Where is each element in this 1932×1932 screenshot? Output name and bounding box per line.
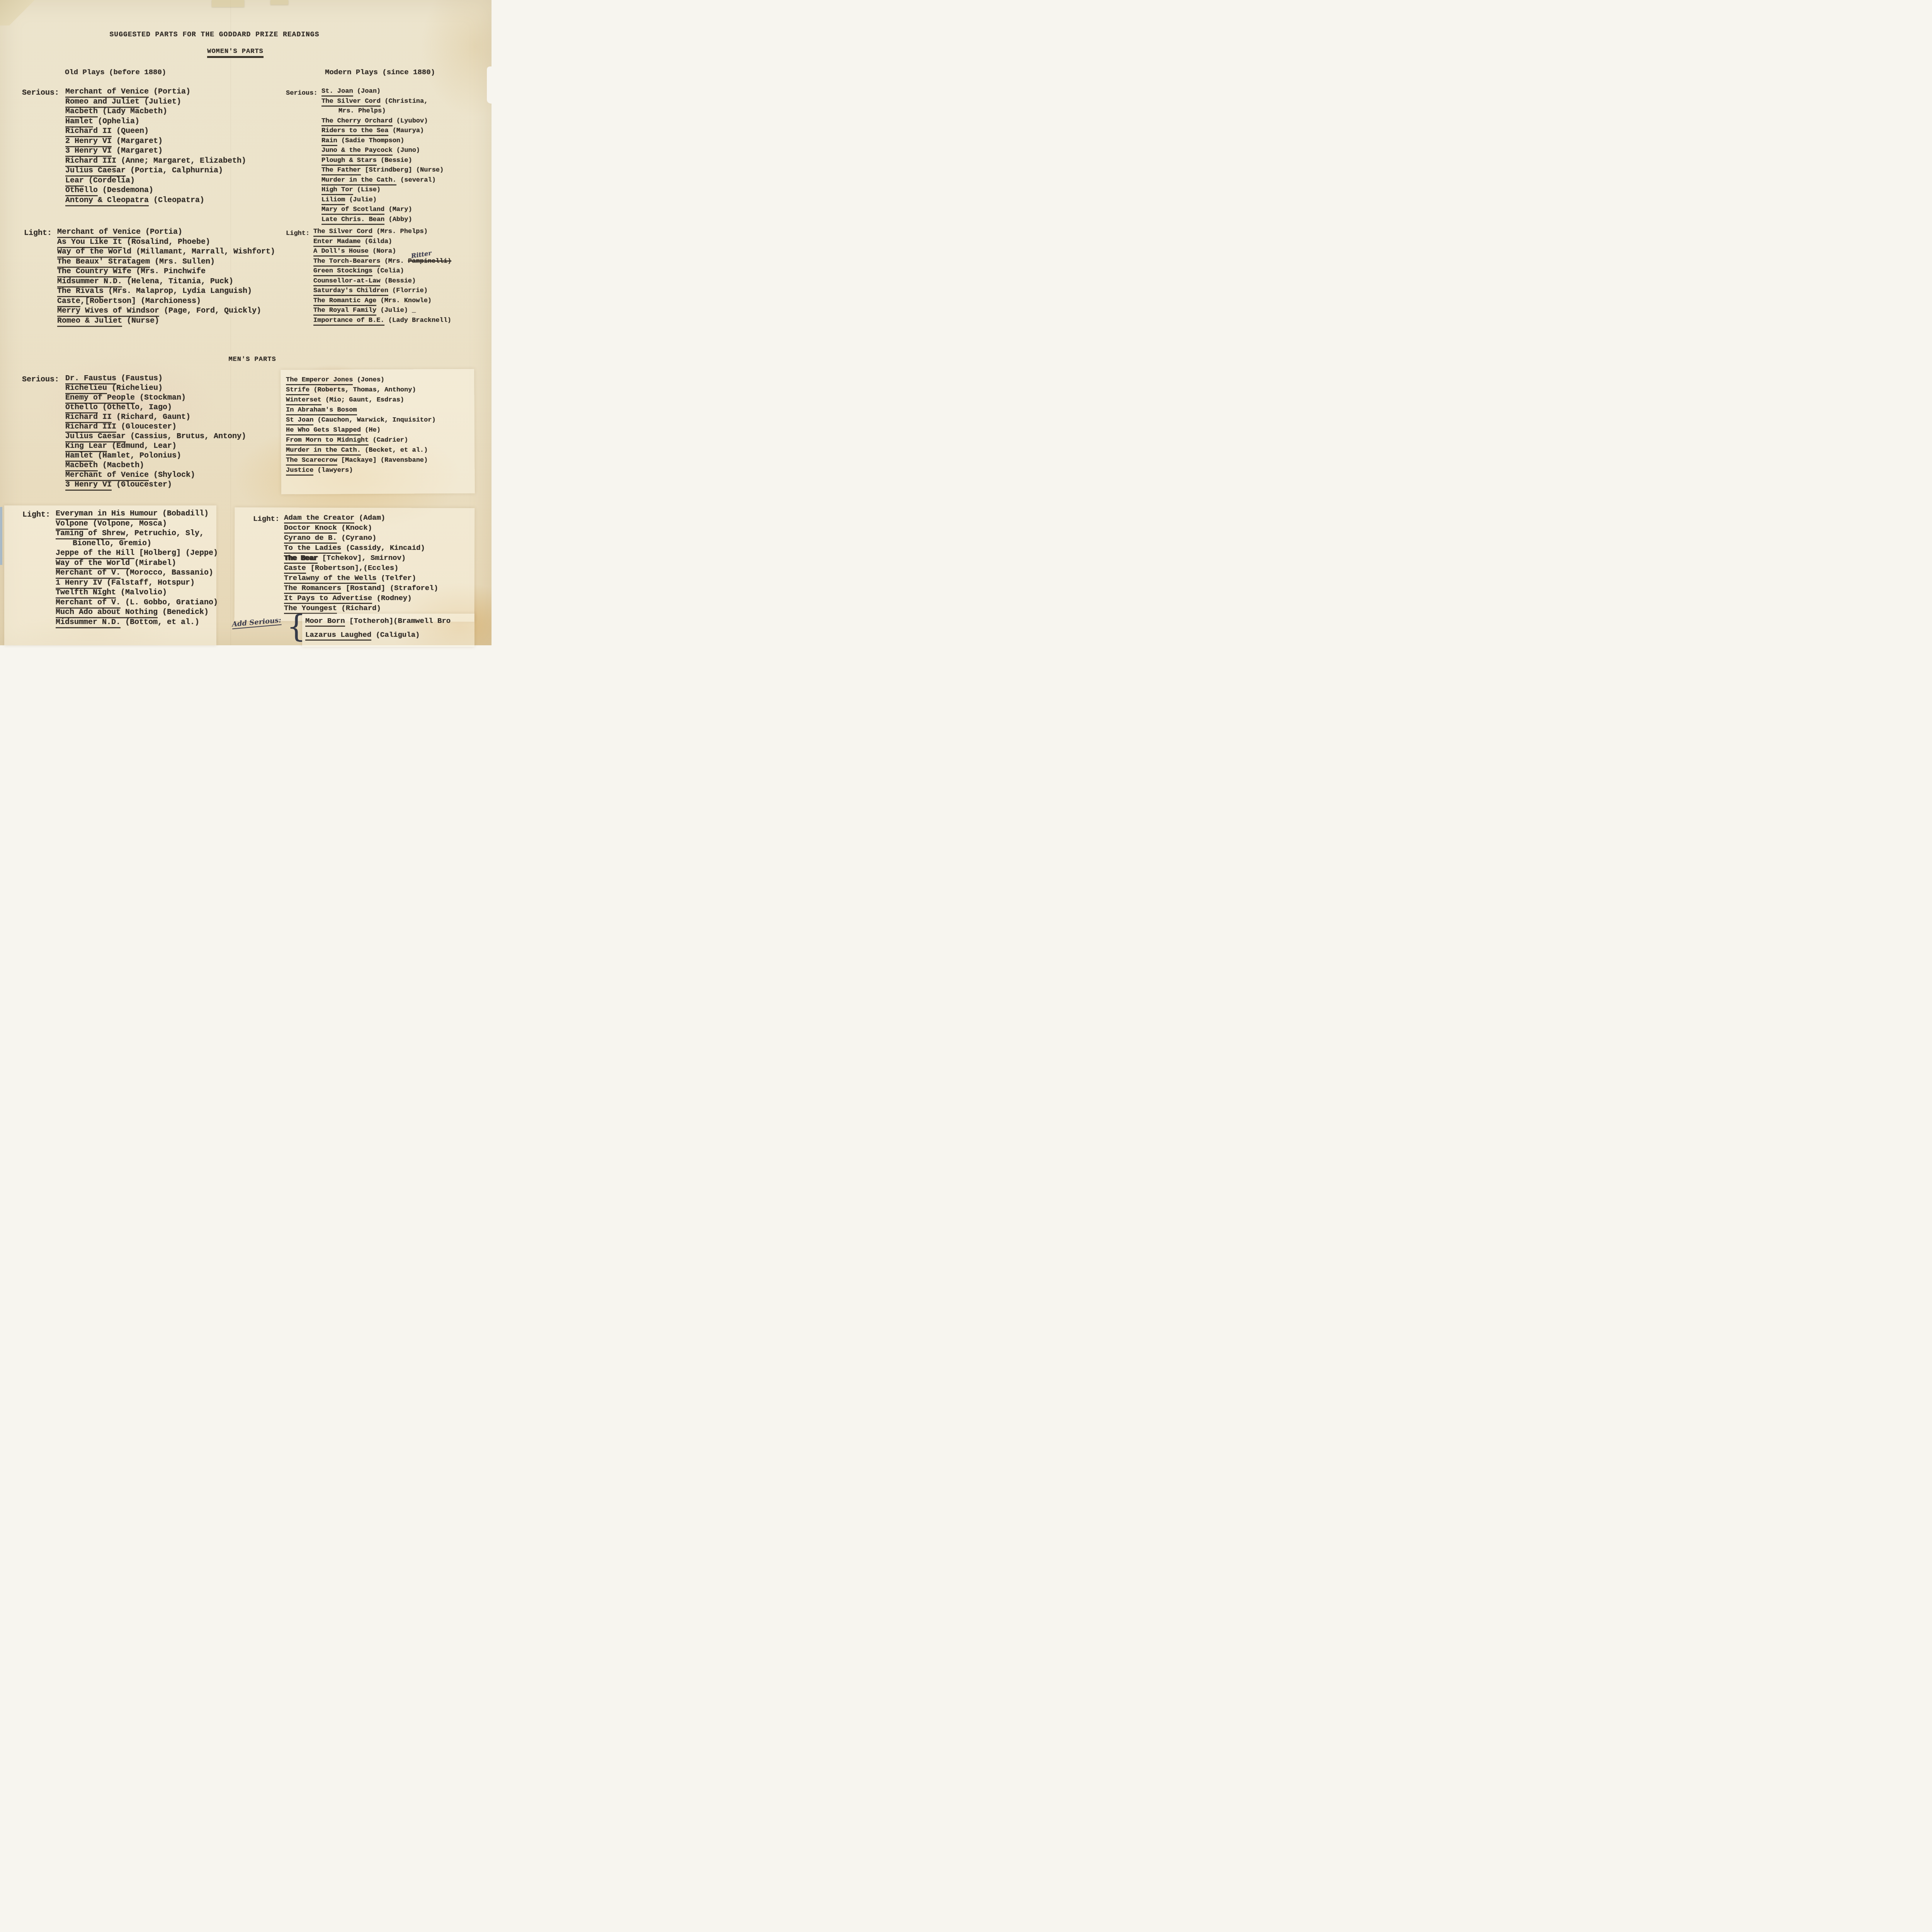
play-title: Rain bbox=[321, 137, 337, 146]
play-roles: (Bottom, et al.) bbox=[121, 618, 199, 627]
play-title: Doctor Knock bbox=[284, 524, 337, 534]
play-roles: (Gloucester) bbox=[112, 480, 172, 489]
play-entry: Plough & Stars (Bessie) bbox=[321, 157, 444, 167]
play-title: Saturday's Children bbox=[313, 287, 388, 296]
play-entry: Julius Caesar (Cassius, Brutus, Antony) bbox=[65, 433, 246, 442]
play-title: The Romantic Age bbox=[313, 297, 376, 306]
play-roles: (Helena, Titania, Puck) bbox=[122, 277, 233, 286]
play-entry: Hamlet (Hamlet, Polonius) bbox=[65, 452, 246, 462]
tape-strip bbox=[212, 0, 244, 7]
play-entry: 3 Henry VI (Margaret) bbox=[65, 147, 246, 157]
play-entry: Moor Born [Totheroh](Bramwell Bro bbox=[305, 617, 451, 631]
play-roles: (Bessie) bbox=[377, 157, 412, 164]
play-title: Richard II bbox=[65, 127, 112, 137]
play-title: Everyman in His Humour bbox=[56, 509, 158, 520]
play-entry: Julius Caesar (Portia, Calphurnia) bbox=[65, 167, 246, 177]
play-entry: Dr. Faustus (Faustus) bbox=[65, 375, 246, 384]
play-entry: He Who Gets Slapped (He) bbox=[286, 427, 436, 437]
play-title: Importance of B.E. bbox=[313, 317, 384, 326]
play-roles: (Portia, Calphurnia) bbox=[126, 166, 223, 175]
men-modern-serious-list: The Emperor Jones (Jones)Strife (Roberts… bbox=[286, 377, 436, 477]
play-entry: The Bear [Tchekov], Smirnov) bbox=[284, 554, 438, 565]
play-entry: Doctor Knock (Knock) bbox=[284, 524, 438, 534]
play-roles: ,[Robertson] (Marchioness) bbox=[80, 297, 201, 306]
play-entry: Adam the Creator (Adam) bbox=[284, 514, 438, 524]
play-roles: (Maurya) bbox=[388, 127, 424, 134]
play-roles: (Cordelia) bbox=[84, 176, 135, 185]
play-entry: Midsummer N.D. (Bottom, et al.) bbox=[56, 619, 218, 629]
play-entry: Counsellor-at-Law (Bessie) bbox=[313, 278, 451, 288]
play-roles: (L. Gobbo, Gratiano) bbox=[121, 598, 218, 607]
play-roles: (Othello, Iago) bbox=[98, 403, 172, 412]
play-entry: Lazarus Laughed (Caligula) bbox=[305, 631, 451, 645]
play-entry: Merchant of Venice (Shylock) bbox=[65, 471, 246, 481]
play-roles: (Sadie Thompson) bbox=[337, 137, 404, 145]
play-entry: The Silver Cord (Mrs. Phelps) bbox=[313, 228, 451, 238]
play-entry: Romeo and Juliet (Juliet) bbox=[65, 98, 246, 108]
scan-edge-artifact bbox=[0, 507, 2, 565]
play-roles: (Celia) bbox=[372, 267, 404, 275]
play-title: Merchant of V. bbox=[56, 568, 121, 579]
scanned-document: SUGGESTED PARTS FOR THE GODDARD PRIZE RE… bbox=[0, 0, 492, 650]
play-entry: Way of the World (Mirabel) bbox=[56, 560, 218, 570]
play-entry: Enter Madame (Gilda) bbox=[313, 238, 451, 248]
play-title: Macbeth bbox=[65, 107, 98, 117]
play-entry: Othello (Othello, Iago) bbox=[65, 404, 246, 413]
play-title: Moor Born bbox=[305, 617, 345, 627]
play-entry: Murder in the Cath. (several) bbox=[321, 177, 444, 187]
play-entry: Murder in the Cath. (Becket, et al.) bbox=[286, 447, 436, 457]
play-roles: [Mackaye] (Ravensbane) bbox=[337, 457, 428, 464]
play-roles: (Richard, Gaunt) bbox=[112, 413, 190, 422]
play-title: Othello bbox=[65, 403, 98, 413]
play-entry: The Torch-Bearers (Mrs. Pampinelli)Ritte… bbox=[313, 258, 451, 268]
play-roles: (Falstaff, Hotspur) bbox=[102, 578, 195, 587]
play-title: Winterset bbox=[286, 396, 321, 405]
play-title: Green Stockings bbox=[313, 267, 372, 276]
play-entry: Strife (Roberts, Thomas, Anthony) bbox=[286, 387, 436, 397]
play-roles: (Adam) bbox=[354, 514, 385, 522]
play-entry: Lear (Cordelia) bbox=[65, 177, 246, 187]
tape-strip bbox=[270, 0, 288, 5]
play-title: Trelawny of the Wells bbox=[284, 574, 376, 584]
play-entry: Enemy of People (Stockman) bbox=[65, 394, 246, 404]
play-entry: Green Stockings (Celia) bbox=[313, 268, 451, 278]
play-entry: Way of the World (Millamant, Marrall, Wi… bbox=[57, 248, 275, 258]
play-entry: Twelfth Night (Malvolio) bbox=[56, 589, 218, 599]
play-roles: (He) bbox=[361, 427, 381, 434]
play-title: Midsummer N.D. bbox=[56, 618, 121, 628]
play-title: 2 Henry VI bbox=[65, 137, 112, 147]
men-modern-light-list: Adam the Creator (Adam)Doctor Knock (Kno… bbox=[284, 514, 438, 615]
play-roles: (Mrs. Phelps) bbox=[372, 228, 428, 235]
play-roles: (several) bbox=[396, 177, 436, 184]
play-entry: Richard II (Queen) bbox=[65, 128, 246, 138]
play-entry: Juno & the Paycock (Juno) bbox=[321, 147, 444, 157]
play-roles: (Florrie) bbox=[388, 287, 428, 294]
play-entry: The Beaux' Stratagem (Mrs. Sullen) bbox=[57, 258, 275, 268]
play-title: The Silver Cord bbox=[313, 228, 372, 237]
play-roles: (Shylock) bbox=[149, 471, 195, 480]
play-title: Richard II bbox=[65, 413, 112, 423]
play-entry: Midsummer N.D. (Helena, Titania, Puck) bbox=[57, 278, 275, 288]
play-entry: King Lear (Edmund, Lear) bbox=[65, 442, 246, 452]
women-old-light-list: Merchant of Venice (Portia)As You Like I… bbox=[57, 228, 275, 327]
play-roles: (Nurse) bbox=[122, 316, 159, 325]
play-entry: Bionello, Gremio) bbox=[56, 540, 218, 550]
play-title: The Romancers bbox=[284, 584, 341, 594]
play-entry: Everyman in His Humour (Bobadill) bbox=[56, 510, 218, 520]
play-entry: Caste,[Robertson] (Marchioness) bbox=[57, 298, 275, 308]
play-entry: St. Joan (Joan) bbox=[321, 88, 444, 98]
serious-label-women-modern: Serious: bbox=[286, 90, 318, 97]
play-title: Merchant of Venice bbox=[65, 471, 149, 481]
play-roles: (Volpone, Mosca) bbox=[88, 519, 167, 528]
play-entry: Merry Wives of Windsor (Page, Ford, Quic… bbox=[57, 307, 275, 317]
play-roles: , Petruchio, Sly, bbox=[125, 529, 204, 538]
play-roles: Bionello, Gremio) bbox=[73, 539, 151, 548]
play-entry: Cyrano de B. (Cyrano) bbox=[284, 534, 438, 544]
play-title: From Morn to Midnight bbox=[286, 437, 369, 446]
play-roles: [Strindberg] (Nurse) bbox=[361, 167, 444, 174]
play-title: Cyrano de B. bbox=[284, 534, 337, 544]
play-entry: Richelieu (Richelieu) bbox=[65, 384, 246, 394]
play-entry: In Abraham's Bosom bbox=[286, 407, 436, 417]
play-entry: Justice (lawyers) bbox=[286, 467, 436, 477]
play-roles: (Faustus) bbox=[116, 374, 163, 383]
play-roles: (Queen) bbox=[112, 127, 149, 136]
play-roles: (Hamlet, Polonius) bbox=[93, 451, 181, 460]
play-roles: [Rostand] (Straforel) bbox=[341, 584, 438, 592]
play-roles: (Desdemona) bbox=[98, 186, 153, 195]
play-entry: Importance of B.E. (Lady Bracknell) bbox=[313, 317, 451, 327]
play-title: Enter Madame bbox=[313, 238, 361, 247]
play-roles: (Edmund, Lear) bbox=[107, 442, 177, 451]
pasted-slip-added-serious: Moor Born [Totheroh](Bramwell BroLazarus… bbox=[302, 614, 474, 647]
play-roles: (lawyers) bbox=[313, 467, 353, 474]
play-title: Murder in the Cath. bbox=[286, 447, 361, 456]
play-entry: It Pays to Advertise (Rodney) bbox=[284, 595, 438, 605]
play-roles: (Jones) bbox=[353, 376, 384, 384]
play-title: Macbeth bbox=[65, 461, 98, 471]
play-title: Richard III bbox=[65, 156, 116, 167]
play-roles: (Richard) bbox=[337, 604, 381, 612]
play-roles: (Bobadill) bbox=[158, 509, 209, 518]
play-title: In Abraham's Bosom bbox=[286, 406, 357, 415]
play-title: Plough & Stars bbox=[321, 157, 377, 166]
play-title: The Silver Cord bbox=[321, 98, 381, 107]
play-title: Twelfth Night bbox=[56, 588, 116, 599]
play-entry: Hamlet (Ophelia) bbox=[65, 118, 246, 128]
play-title: St. Joan bbox=[321, 88, 353, 97]
play-title: It Pays to Advertise bbox=[284, 594, 372, 604]
play-entry: The Rivals (Mrs. Malaprop, Lydia Languis… bbox=[57, 287, 275, 298]
play-roles: (Page, Ford, Quickly) bbox=[159, 306, 261, 315]
women-modern-serious-list: St. Joan (Joan)The Silver Cord (Christin… bbox=[321, 88, 444, 226]
play-roles: (Cyrano) bbox=[337, 534, 377, 542]
play-entry: The Country Wife (Mrs. Pinchwife bbox=[57, 268, 275, 278]
play-roles: [Totheroh](Bramwell Bro bbox=[345, 617, 451, 625]
play-title: Volpone bbox=[56, 519, 88, 530]
play-entry: The Romantic Age (Mrs. Knowle) bbox=[313, 298, 451, 308]
play-title: The Royal Family bbox=[313, 307, 376, 316]
play-title: Merry Wives of Windsor bbox=[57, 306, 159, 317]
play-title: A Doll's House bbox=[313, 248, 369, 257]
play-roles: (Abby) bbox=[384, 216, 412, 223]
play-entry: 3 Henry VI (Gloucester) bbox=[65, 481, 246, 491]
play-title: He Who Gets Slapped bbox=[286, 427, 361, 435]
play-entry: High Tor (Lise) bbox=[321, 187, 444, 197]
play-roles: (Morocco, Bassanio) bbox=[121, 568, 213, 577]
play-entry: Rain (Sadie Thompson) bbox=[321, 138, 444, 148]
play-roles: (Roberts, Thomas, Anthony) bbox=[310, 386, 416, 394]
play-title: Counsellor-at-Law bbox=[313, 277, 380, 286]
play-roles: (Margaret) bbox=[112, 137, 163, 146]
play-title: Merchant of Venice bbox=[65, 87, 149, 98]
play-roles: (Margaret) bbox=[112, 146, 163, 155]
play-entry: From Morn to Midnight (Cadrier) bbox=[286, 437, 436, 447]
play-roles: (Lise) bbox=[353, 186, 381, 194]
play-title: Caste bbox=[284, 564, 306, 574]
play-roles: (Mrs. Sullen) bbox=[150, 257, 215, 266]
play-entry: Jeppe of the Hill [Holberg] (Jeppe) bbox=[56, 549, 218, 560]
play-roles: (Stockman) bbox=[135, 393, 186, 402]
play-title: 1 Henry IV bbox=[56, 578, 102, 589]
play-roles: (Bessie) bbox=[380, 277, 416, 285]
play-title: Julius Caesar bbox=[65, 432, 126, 442]
light-label-men-old: Light: bbox=[22, 511, 50, 519]
play-title: 3 Henry VI bbox=[65, 480, 112, 491]
play-title: Richard III bbox=[65, 422, 116, 433]
play-title: Dr. Faustus bbox=[65, 374, 116, 384]
play-title: Justice bbox=[286, 467, 313, 476]
play-title: Merchant of Venice bbox=[57, 228, 141, 238]
play-title: Adam the Creator bbox=[284, 514, 354, 524]
play-title: Taming of Shrew bbox=[56, 529, 125, 539]
play-roles: (Portia) bbox=[141, 228, 182, 236]
play-title: 3 Henry VI bbox=[65, 146, 112, 157]
play-entry: Richard II (Richard, Gaunt) bbox=[65, 413, 246, 423]
play-roles: (Knock) bbox=[337, 524, 372, 532]
play-title: King Lear bbox=[65, 442, 107, 452]
play-entry: Mrs. Phelps) bbox=[321, 108, 444, 118]
play-roles: (Mrs. Malaprop, Lydia Languish) bbox=[104, 287, 252, 296]
added-serious-list: Moor Born [Totheroh](Bramwell BroLazarus… bbox=[305, 617, 451, 645]
play-roles: Mrs. Phelps) bbox=[338, 107, 386, 115]
play-roles: (Caligula) bbox=[371, 631, 420, 639]
play-entry: Merchant of V. (L. Gobbo, Gratiano) bbox=[56, 599, 218, 609]
women-modern-light-list: The Silver Cord (Mrs. Phelps)Enter Madam… bbox=[313, 228, 451, 327]
play-entry: Merchant of V. (Morocco, Bassanio) bbox=[56, 569, 218, 579]
paper-sheet: SUGGESTED PARTS FOR THE GODDARD PRIZE RE… bbox=[0, 0, 492, 645]
play-title: The Beaux' Stratagem bbox=[57, 257, 150, 268]
play-title: The Father bbox=[321, 167, 361, 175]
play-entry: Liliom (Julie) bbox=[321, 197, 444, 207]
play-title: Liliom bbox=[321, 196, 345, 205]
play-entry: Macbeth (Macbeth) bbox=[65, 462, 246, 471]
play-roles: (Julie) _ bbox=[376, 307, 416, 314]
play-title: Murder in the Cath. bbox=[321, 177, 396, 185]
play-entry: Mary of Scotland (Mary) bbox=[321, 206, 444, 216]
play-title: The Bear bbox=[284, 554, 318, 564]
play-roles: (Cauchon, Warwick, Inquisitor) bbox=[313, 417, 435, 424]
play-title: The Torch-Bearers bbox=[313, 258, 380, 267]
old-plays-header: Old Plays (before 1880) bbox=[65, 69, 166, 76]
play-entry: Richard III (Anne; Margaret, Elizabeth) bbox=[65, 157, 246, 167]
play-entry: The Romancers [Rostand] (Straforel) bbox=[284, 585, 438, 595]
play-entry: Antony & Cleopatra (Cleopatra) bbox=[65, 197, 246, 207]
play-title: Way of the World bbox=[56, 559, 130, 569]
play-roles: (Telfer) bbox=[376, 574, 416, 582]
play-roles: (Gloucester) bbox=[116, 422, 177, 431]
play-title: The Country Wife bbox=[57, 267, 131, 277]
play-roles: [Robertson],(Eccles) bbox=[306, 564, 398, 572]
play-roles: (Juno) bbox=[393, 147, 420, 154]
play-title: Midsummer N.D. bbox=[57, 277, 122, 287]
womens-parts-heading: WOMEN'S PARTS bbox=[0, 48, 471, 55]
play-roles: (Cassidy, Kincaid) bbox=[341, 544, 425, 552]
play-title: Romeo and Juliet bbox=[65, 97, 139, 108]
play-roles: (Portia) bbox=[149, 87, 190, 96]
play-roles: (Benedick) bbox=[158, 608, 209, 617]
men-old-light-list: Everyman in His Humour (Bobadill)Volpone… bbox=[56, 510, 218, 628]
light-label-women-old: Light: bbox=[24, 230, 52, 237]
play-title: Late Chris. Bean bbox=[321, 216, 384, 225]
play-entry: Merchant of Venice (Portia) bbox=[57, 228, 275, 238]
play-title: The Cherry Orchard bbox=[321, 117, 393, 126]
play-roles: (Malvolio) bbox=[116, 588, 167, 597]
play-roles: (Richelieu) bbox=[107, 384, 163, 393]
play-title: Riders to the Sea bbox=[321, 127, 388, 136]
play-entry: Saturday's Children (Florrie) bbox=[313, 287, 451, 298]
light-label-women-modern: Light: bbox=[286, 230, 310, 237]
play-entry: The Father [Strindberg] (Nurse) bbox=[321, 167, 444, 177]
modern-plays-header: Modern Plays (since 1880) bbox=[325, 69, 435, 76]
play-title: Othello bbox=[65, 186, 98, 196]
play-title: Caste bbox=[57, 297, 80, 307]
women-old-serious-list: Merchant of Venice (Portia)Romeo and Jul… bbox=[65, 88, 246, 206]
men-old-serious-list: Dr. Faustus (Faustus)Richelieu (Richelie… bbox=[65, 375, 246, 491]
play-entry: Much Ado about Nothing (Benedick) bbox=[56, 609, 218, 619]
play-entry: Romeo & Juliet (Nurse) bbox=[57, 317, 275, 327]
play-roles: [Tchekov], Smirnov) bbox=[318, 554, 406, 562]
play-roles: [Holberg] (Jeppe) bbox=[134, 549, 218, 558]
play-roles: (Mary) bbox=[384, 206, 412, 213]
play-entry: Late Chris. Bean (Abby) bbox=[321, 216, 444, 226]
play-title: Julius Caesar bbox=[65, 166, 126, 177]
play-entry: 1 Henry IV (Falstaff, Hotspur) bbox=[56, 579, 218, 589]
play-roles: (Mrs. bbox=[380, 258, 408, 265]
play-title: The Scarecrow bbox=[286, 457, 337, 466]
play-roles: (Juliet) bbox=[139, 97, 181, 106]
play-entry: Othello (Desdemona) bbox=[65, 187, 246, 197]
edge-tear bbox=[487, 66, 492, 104]
play-roles: (Joan) bbox=[353, 88, 381, 95]
play-title: As You Like It bbox=[57, 238, 122, 248]
play-title: Way of the World bbox=[57, 247, 131, 258]
play-entry: Volpone (Volpone, Mosca) bbox=[56, 520, 218, 530]
play-roles: (Rosalind, Phoebe) bbox=[122, 238, 210, 247]
play-title: Strife bbox=[286, 386, 310, 395]
play-roles: (Mrs. Knowle) bbox=[376, 297, 432, 304]
play-roles: (Anne; Margaret, Elizabeth) bbox=[116, 156, 246, 165]
womens-parts-text: WOMEN'S PARTS bbox=[207, 48, 264, 58]
play-entry: Trelawny of the Wells (Telfer) bbox=[284, 575, 438, 585]
play-entry: The Emperor Jones (Jones) bbox=[286, 377, 436, 387]
page-title: SUGGESTED PARTS FOR THE GODDARD PRIZE RE… bbox=[0, 31, 429, 39]
play-roles: (Becket, et al.) bbox=[361, 447, 428, 454]
play-title: St Joan bbox=[286, 417, 313, 425]
play-roles: (Cadrier) bbox=[369, 437, 408, 444]
play-roles: (Mio; Gaunt, Esdras) bbox=[321, 396, 404, 404]
play-entry: As You Like It (Rosalind, Phoebe) bbox=[57, 238, 275, 248]
play-roles: (Ophelia) bbox=[93, 117, 139, 126]
play-entry: Macbeth (Lady Macbeth) bbox=[65, 108, 246, 118]
torn-corner bbox=[0, 0, 37, 26]
play-entry: Taming of Shrew, Petruchio, Sly, bbox=[56, 530, 218, 540]
play-roles: (Nora) bbox=[369, 248, 396, 255]
serious-label-men-old: Serious: bbox=[22, 376, 59, 384]
play-roles: (Julie) bbox=[345, 196, 377, 204]
play-roles: (Mirabel) bbox=[130, 559, 176, 568]
mens-parts-heading: MEN'S PARTS bbox=[0, 356, 492, 363]
play-entry: Riders to the Sea (Maurya) bbox=[321, 128, 444, 138]
play-title: Hamlet bbox=[65, 117, 93, 128]
serious-label-women-old: Serious: bbox=[22, 89, 59, 97]
play-title: Hamlet bbox=[65, 451, 93, 462]
play-roles: (Cassius, Brutus, Antony) bbox=[126, 432, 246, 441]
play-title: Much Ado about Nothing bbox=[56, 608, 158, 618]
play-title: The Emperor Jones bbox=[286, 376, 353, 385]
play-title: Richelieu bbox=[65, 384, 107, 394]
play-title: High Tor bbox=[321, 186, 353, 195]
play-title: Juno & the Paycock bbox=[321, 147, 393, 156]
play-roles: (Cleopatra) bbox=[149, 196, 204, 205]
play-entry: To the Ladies (Cassidy, Kincaid) bbox=[284, 544, 438, 554]
play-entry: St Joan (Cauchon, Warwick, Inquisitor) bbox=[286, 417, 436, 427]
play-title: Merchant of V. bbox=[56, 598, 121, 609]
play-title: To the Ladies bbox=[284, 544, 341, 554]
play-title: Lazarus Laughed bbox=[305, 631, 371, 641]
play-roles: (Lady Bracknell) bbox=[384, 317, 451, 324]
play-title: Romeo & Juliet bbox=[57, 316, 122, 327]
play-entry: Winterset (Mio; Gaunt, Esdras) bbox=[286, 397, 436, 407]
play-title: Mary of Scotland bbox=[321, 206, 384, 215]
play-roles: (Rodney) bbox=[372, 594, 412, 602]
play-roles: (Gilda) bbox=[361, 238, 392, 245]
play-entry: Merchant of Venice (Portia) bbox=[65, 88, 246, 98]
play-roles: (Christina, bbox=[381, 98, 428, 105]
play-roles: (Macbeth) bbox=[98, 461, 144, 470]
play-roles: (Mrs. Pinchwife bbox=[131, 267, 206, 276]
play-entry: The Royal Family (Julie) _ bbox=[313, 307, 451, 317]
play-entry: The Silver Cord (Christina, bbox=[321, 98, 444, 108]
play-entry: 2 Henry VI (Margaret) bbox=[65, 138, 246, 148]
play-entry: The Scarecrow [Mackaye] (Ravensbane) bbox=[286, 457, 436, 467]
play-roles: (Millamant, Marrall, Wishfort) bbox=[131, 247, 275, 256]
play-entry: Richard III (Gloucester) bbox=[65, 423, 246, 433]
play-title: Enemy of People bbox=[65, 393, 135, 404]
play-entry: The Cherry Orchard (Lyubov) bbox=[321, 118, 444, 128]
play-roles: (Lyubov) bbox=[393, 117, 428, 125]
play-entry: Caste [Robertson],(Eccles) bbox=[284, 565, 438, 575]
play-title: Lear bbox=[65, 176, 84, 187]
play-roles: (Lady Macbeth) bbox=[98, 107, 167, 116]
light-label-men-modern: Light: bbox=[253, 515, 279, 523]
play-title: Antony & Cleopatra bbox=[65, 196, 149, 206]
play-title: Jeppe of the Hill bbox=[56, 549, 134, 559]
play-title: The Rivals bbox=[57, 287, 104, 297]
